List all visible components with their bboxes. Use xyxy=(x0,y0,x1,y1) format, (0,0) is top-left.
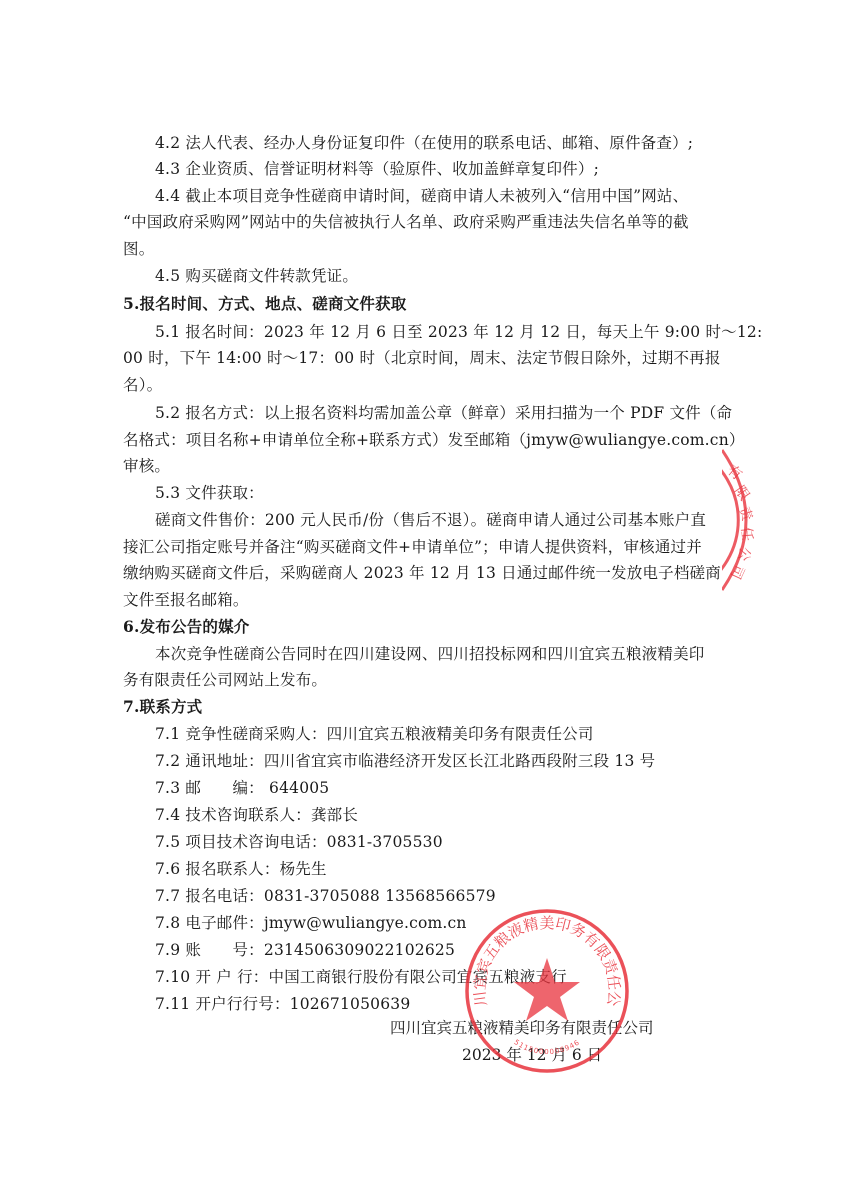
text-line: 7.1 竞争性磋商采购人：四川宜宾五粮液精美印务有限责任公司 xyxy=(155,724,755,744)
text-line: 务有限责任公司网站上发布。 xyxy=(123,670,723,690)
text-line: 7.7 报名电话：0831-3705088 13568566579 xyxy=(155,886,755,906)
text-line: 接汇公司指定账号并备注“购买磋商文件+申请单位”；申请人提供资料，审核通过并 xyxy=(123,537,723,557)
text-line: 7.6 报名联系人：杨先生 xyxy=(155,859,755,879)
text-line: 7.3 邮 编： 644005 xyxy=(155,778,755,798)
section-heading: 7.联系方式 xyxy=(123,697,723,717)
text-line: 审核。 xyxy=(123,456,723,476)
text-line: “中国政府采购网”网站中的失信被执行人名单、政府采购严重违法失信名单等的截 xyxy=(123,212,723,232)
text-line: 5.3 文件获取： xyxy=(155,483,755,503)
text-line: 名格式：项目名称+申请单位全称+联系方式）发至邮箱（jmyw@wuliangye… xyxy=(123,430,723,450)
document-page: 4.2 法人代表、经办人身份证复印件（在使用的联系电话、邮箱、原件备查）;4.3… xyxy=(0,0,860,1187)
text-line: 4.3 企业资质、信誉证明材料等（验原件、收加盖鲜章复印件）; xyxy=(155,159,755,179)
text-line: 7.10 开 户 行：中国工商银行股份有限公司宜宾五粮液支行 xyxy=(155,967,755,987)
text-line: 图。 xyxy=(123,239,723,259)
text-line: 名）。 xyxy=(123,375,723,395)
svg-text:公: 公 xyxy=(734,546,752,563)
text-line: 缴纳购买磋商文件后，采购磋商人 2023 年 12 月 13 日通过邮件统一发放… xyxy=(123,563,723,583)
text-line: 文件至报名邮箱。 xyxy=(123,590,723,610)
text-line: 4.2 法人代表、经办人身份证复印件（在使用的联系电话、邮箱、原件备查）; xyxy=(155,133,755,153)
text-line: 4.4 截止本项目竞争性磋商申请时间，磋商申请人未被列入“信用中国”网站、 xyxy=(155,186,755,206)
svg-text:司: 司 xyxy=(727,562,747,581)
section-heading: 5.报名时间、方式、地点、磋商文件获取 xyxy=(123,294,723,314)
text-line: 7.9 账 号：2314506309022102625 xyxy=(155,940,755,960)
text-line: 本次竞争性磋商公告同时在四川建设网、四川招投标网和四川宜宾五粮液精美印 xyxy=(155,644,755,664)
text-line: 7.2 通讯地址：四川省宜宾市临港经济开发区长江北路西段附三段 13 号 xyxy=(155,751,755,771)
svg-text:有: 有 xyxy=(724,462,745,483)
section-heading: 6.发布公告的媒介 xyxy=(123,617,723,637)
signature-company: 四川宜宾五粮液精美印务有限责任公司 xyxy=(390,1016,654,1038)
text-line: 磋商文件售价：200 元人民币/份（售后不退）。磋商申请人通过公司基本账户直 xyxy=(155,510,755,530)
text-line: 5.1 报名时间：2023 年 12 月 6 日至 2023 年 12 月 12… xyxy=(155,322,755,342)
text-line: 7.11 开户行行号：102671050639 xyxy=(155,994,755,1014)
text-line: 7.8 电子邮件：jmyw@wuliangye.com.cn xyxy=(155,913,755,933)
text-line: 5.2 报名方式：以上报名资料均需加盖公章（鲜章）采用扫描为一个 PDF 文件（… xyxy=(155,403,755,423)
text-line: 7.5 项目技术咨询电话：0831-3705530 xyxy=(155,832,755,852)
text-line: 7.4 技术咨询联系人：龚部长 xyxy=(155,805,755,825)
text-line: 4.5 购买磋商文件转款凭证。 xyxy=(155,266,755,286)
signature-date: 2023 年 12 月 6 日 xyxy=(462,1043,602,1065)
text-line: 00 时，下午 14:00 时～17：00 时（北京时间，周末、法定节假日除外，… xyxy=(123,348,723,368)
